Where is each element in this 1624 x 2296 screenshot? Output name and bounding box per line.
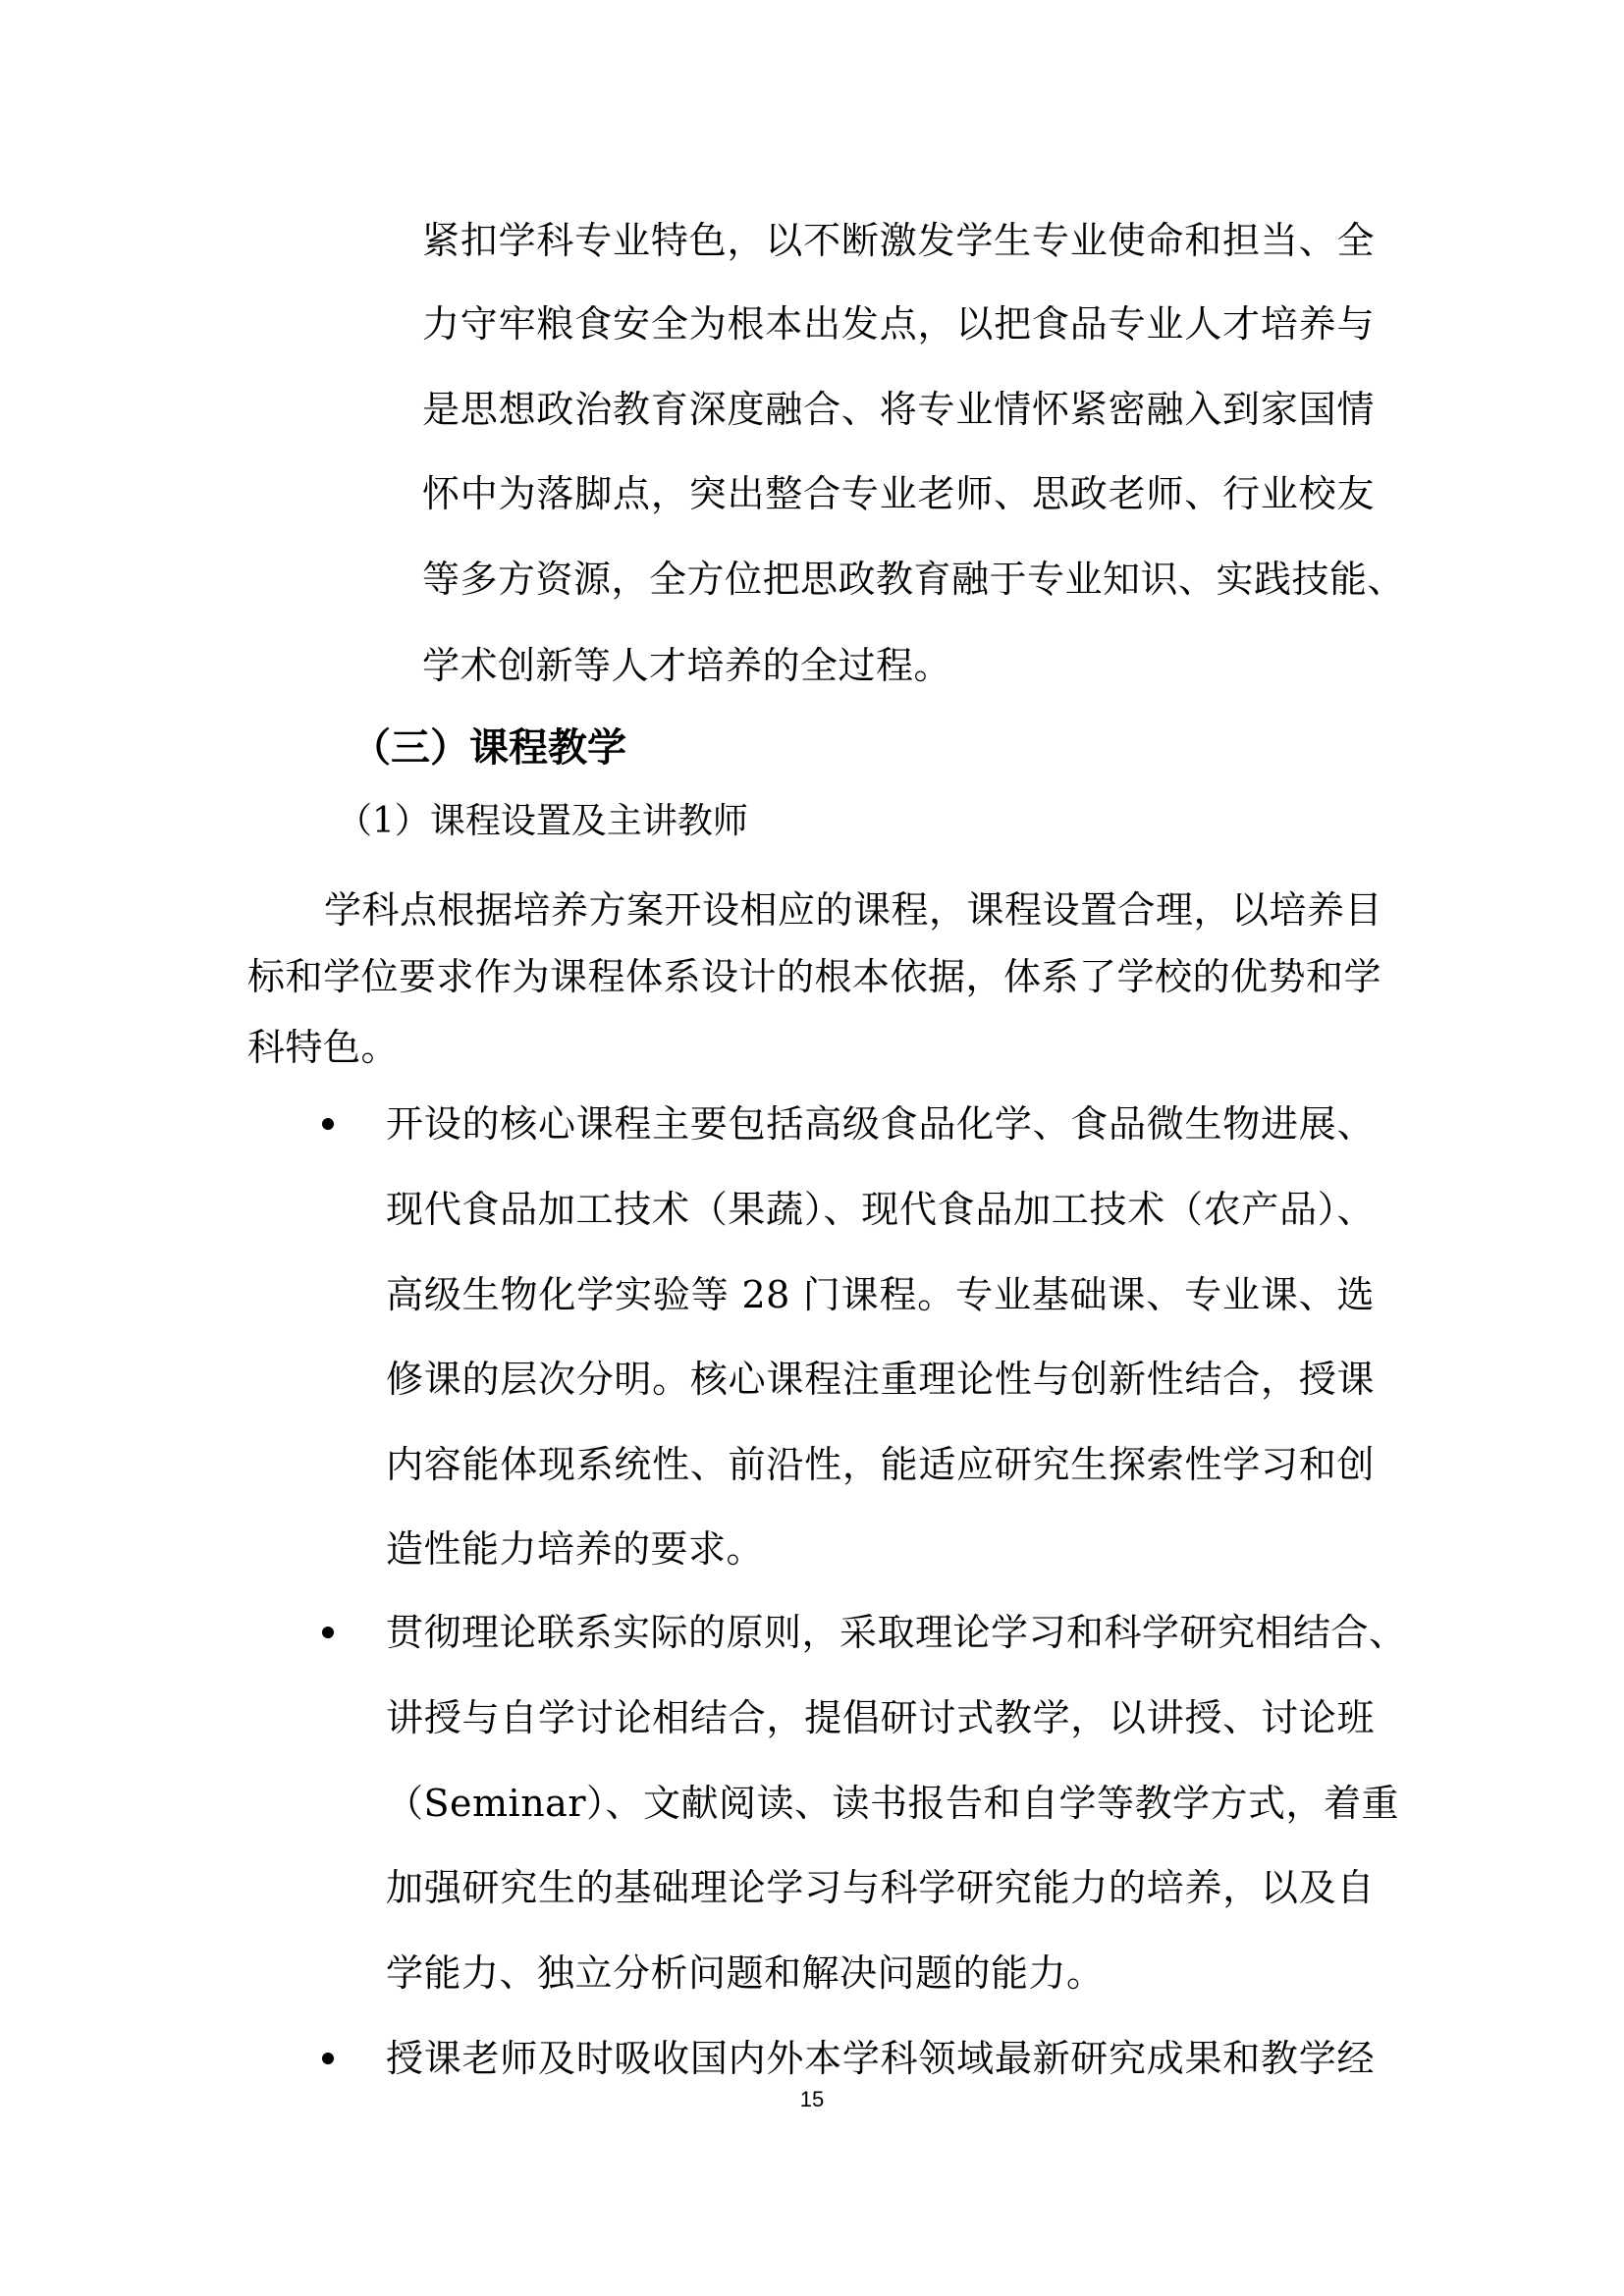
text-line: 科特色。	[247, 1024, 399, 1071]
text-line: 加强研究生的基础理论学习与科学研究能力的培养，以及自	[386, 1864, 1375, 1911]
text-line: 力守牢粮食安全为根本出发点，以把食品专业人才培养与	[422, 300, 1375, 347]
text-line: 学能力、独立分析问题和解决问题的能力。	[386, 1949, 1105, 1997]
bullet-icon	[322, 2053, 334, 2064]
text-line: 开设的核心课程主要包括高级食品化学、食品微生物进展、	[386, 1100, 1375, 1148]
text-line: 等多方资源，全方位把思政教育融于专业知识、实践技能、	[422, 556, 1375, 603]
text-line: 讲授与自学讨论相结合，提倡研讨式教学，以讲授、讨论班	[386, 1694, 1375, 1741]
text-line: 学科点根据培养方案开设相应的课程，课程设置合理，以培养目	[324, 886, 1375, 934]
subsection-heading: （1）课程设置及主讲教师	[337, 798, 748, 845]
text-line: 授课老师及时吸收国内外本学科领域最新研究成果和教学经	[386, 2035, 1375, 2082]
text-line: 贯彻理论联系实际的原则，采取理论学习和科学研究相结合、	[386, 1609, 1375, 1656]
page-number: 15	[0, 2087, 1624, 2112]
bullet-icon	[322, 1627, 334, 1638]
document-page: 紧扣学科专业特色，以不断激发学生专业使命和担当、全 力守牢粮食安全为根本出发点，…	[0, 0, 1624, 2296]
text-line: 怀中为落脚点，突出整合专业老师、思政老师、行业校友	[422, 470, 1375, 517]
text-line: 修课的层次分明。核心课程注重理论性与创新性结合，授课	[386, 1356, 1375, 1403]
text-line: 标和学位要求作为课程体系设计的根本依据，体系了学校的优势和学	[247, 953, 1375, 1000]
text-line: （Seminar）、文献阅读、读书报告和自学等教学方式，着重	[386, 1780, 1375, 1827]
text-line: 造性能力培养的要求。	[386, 1525, 764, 1573]
text-line: 现代食品加工技术（果蔬）、现代食品加工技术（农产品）、	[386, 1186, 1375, 1233]
text-line: 高级生物化学实验等 28 门课程。专业基础课、专业课、选	[386, 1271, 1375, 1318]
text-line: 紧扣学科专业特色，以不断激发学生专业使命和担当、全	[422, 217, 1375, 264]
text-line: 内容能体现系统性、前沿性，能适应研究生探索性学习和创	[386, 1441, 1375, 1488]
text-line: 是思想政治教育深度融合、将专业情怀紧密融入到家国情	[422, 386, 1375, 433]
section-heading: （三）课程教学	[352, 723, 626, 773]
text-line: 学术创新等人才培养的全过程。	[422, 642, 951, 689]
bullet-icon	[322, 1118, 334, 1130]
